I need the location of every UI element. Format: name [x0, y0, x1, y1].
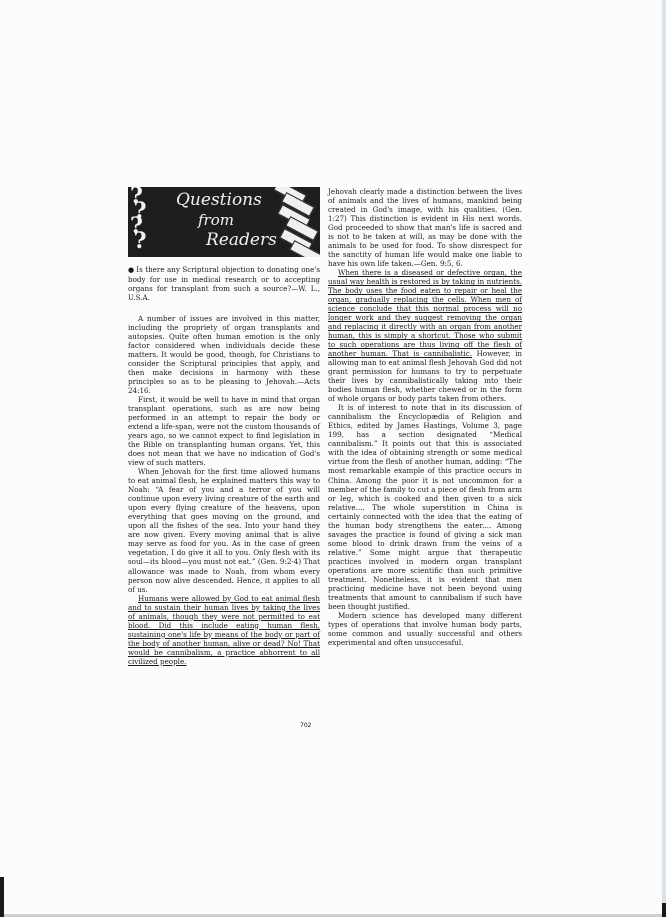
paragraph: When there is a diseased or defective or…: [328, 268, 522, 403]
scan-shadow: [662, 903, 666, 917]
paragraph: When Jehovah for the first time allowed …: [128, 467, 320, 593]
underlined-text: When there is a diseased or defective or…: [328, 268, 522, 358]
right-column: Jehovah clearly made a distinction betwe…: [328, 187, 522, 647]
paragraph: Modern science has developed many differ…: [328, 611, 522, 647]
scan-shadow: [0, 877, 4, 917]
reader-question: ●Is there any Scriptural objection to do…: [128, 265, 320, 302]
question-marks-icon: ? ?? ?: [130, 189, 172, 255]
paragraph: A number of issues are involved in this …: [128, 314, 320, 395]
page-number: 702: [300, 722, 311, 729]
underlined-paragraph: Humans were allowed by God to eat animal…: [128, 594, 320, 666]
paragraph: Jehovah clearly made a distinction betwe…: [328, 187, 522, 268]
letters-icon: [268, 187, 320, 257]
paragraph: First, it would be well to have in mind …: [128, 395, 320, 467]
paragraph: It is of interest to note that in its di…: [328, 403, 522, 610]
scan-edge: [662, 0, 666, 917]
banner-title: Questions from Readers: [176, 190, 276, 250]
bullet-icon: ●: [128, 266, 134, 274]
questions-from-readers-banner: ? ?? ? Questions from Readers: [128, 187, 320, 257]
left-column: ? ?? ? Questions from Readers ●Is there …: [128, 187, 320, 666]
